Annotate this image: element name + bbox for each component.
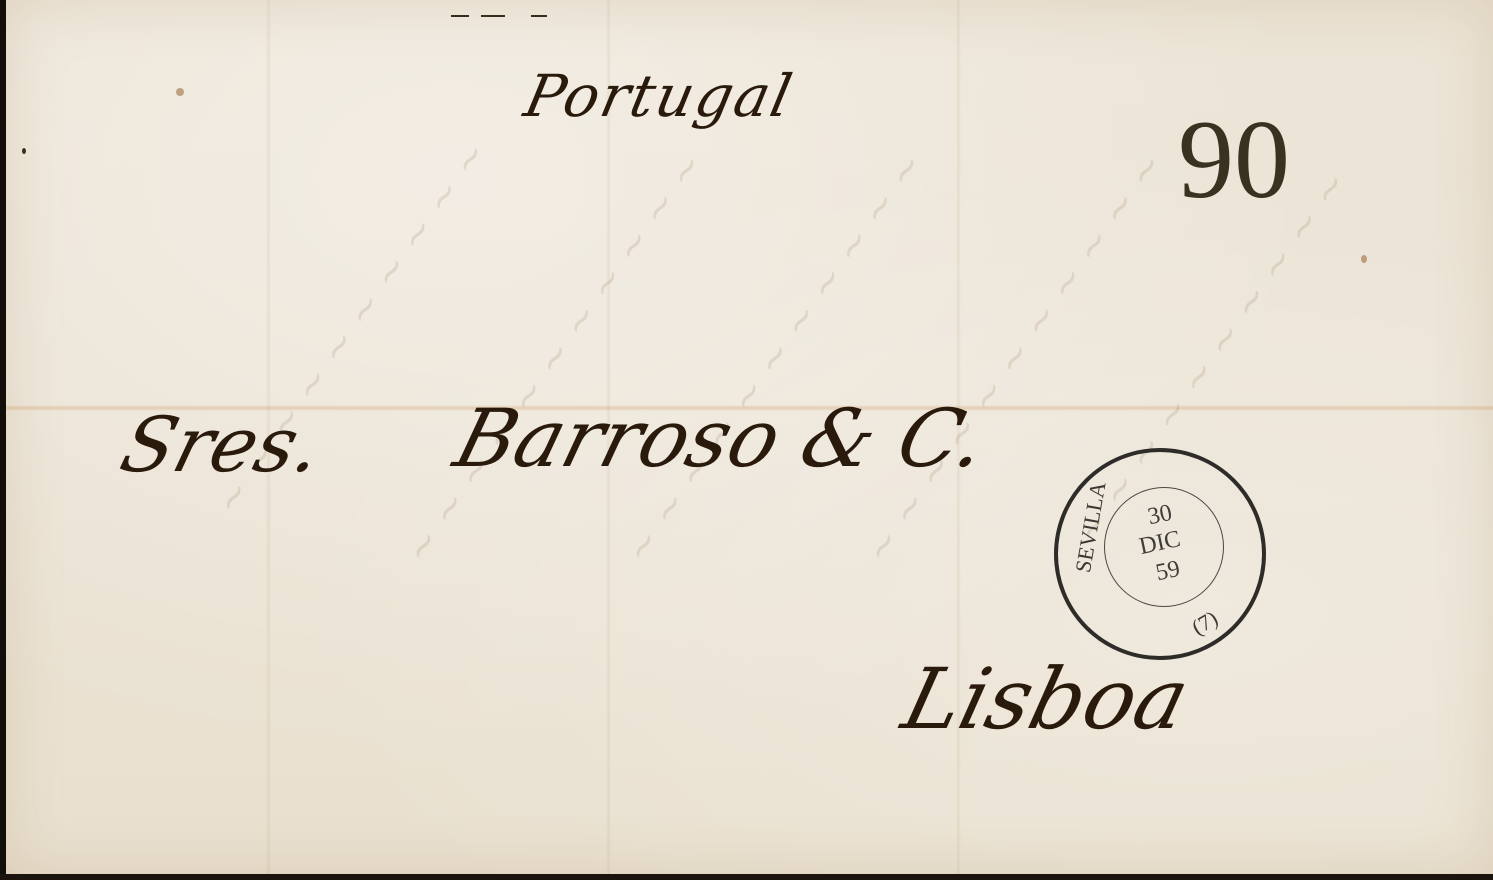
postmark-number: (7) <box>1187 605 1222 640</box>
ink-mark <box>451 15 469 17</box>
foxing-spot <box>1361 255 1367 263</box>
letter-cover: ~~~~~~~~~~ ~~~~~~~~~~~ ~~~~~~~~~~~ ~~~~~… <box>6 0 1493 874</box>
postmark-city-text: SEVILLA <box>1070 480 1111 575</box>
addressee-name: Barroso & C. <box>446 392 997 485</box>
ink-mark <box>481 15 505 17</box>
ink-mark <box>531 15 547 17</box>
foxing-spot <box>176 88 184 96</box>
scan-edge-bottom <box>0 874 1493 880</box>
sevilla-postmark: SEVILLA 30 DIC 59 (7) <box>1054 448 1266 660</box>
destination-city: Lisboa <box>894 650 1199 748</box>
addressee-title: Sres. <box>112 400 332 489</box>
foxing-spot <box>22 148 26 154</box>
destination-country: Portugal <box>519 62 800 130</box>
postage-rate-mark: 90 <box>1178 96 1290 225</box>
